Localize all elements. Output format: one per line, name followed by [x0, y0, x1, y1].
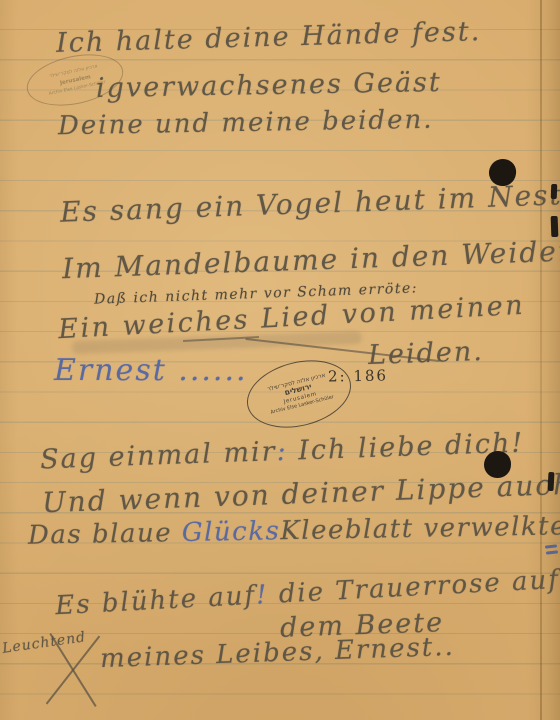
poem-line-11: Das blaue GlücksKleeblatt verwelkte [28, 513, 560, 548]
archive-stamp: ארכיון אלזה לסקר־שילר ירושלים Jerusalem … [240, 350, 358, 438]
manuscript-page: Ich halte deine Hände fest. igverwachsen… [0, 0, 560, 720]
punch-hole [484, 451, 511, 478]
poem-line-1: Ich halte deine Hände fest. [56, 18, 482, 57]
blue-equals-edge-mark [546, 550, 558, 554]
poem-line-9-pencil: Sag einmal mir [40, 436, 277, 475]
poem-line-11-blue-overwrite: Glücks [182, 516, 281, 548]
edge-ink-mark [551, 216, 559, 237]
edge-ink-mark [551, 184, 558, 199]
crossed-out-word: Leuchtend [1, 630, 86, 656]
poem-line-12-rest: die Trauerrose auf [268, 565, 560, 610]
poem-line-4: Es sang ein Vogel heut im Nest [60, 181, 560, 227]
poem-line-10: Und wenn von deiner Lippe auch [42, 471, 560, 518]
catalog-number: 2: 186 [328, 366, 388, 385]
poem-line-5: Im Mandelbaume in den Weiden: [62, 237, 560, 283]
poem-line-14: meines Leibes, Ernest.. [100, 634, 456, 672]
poem-line-7-continuation: Leiden. [368, 338, 485, 369]
edge-ink-mark [548, 472, 555, 491]
blue-equals-edge-mark [545, 544, 557, 548]
poem-line-2: igverwachsenes Geäst [96, 69, 442, 102]
poem-line-9: Sag einmal mir: Ich liebe dich! [40, 430, 525, 474]
signature-ernest-blue: Ernest ...... [54, 356, 248, 386]
poem-line-12-pencil: Es blühte auf [55, 581, 257, 621]
paper-crease [540, 0, 542, 720]
poem-line-11-rest: Kleeblatt verwelkte [280, 511, 560, 546]
poem-line-11-pencil: Das blaue [28, 518, 182, 551]
poem-line-3: Deine und meine beiden. [58, 107, 434, 140]
